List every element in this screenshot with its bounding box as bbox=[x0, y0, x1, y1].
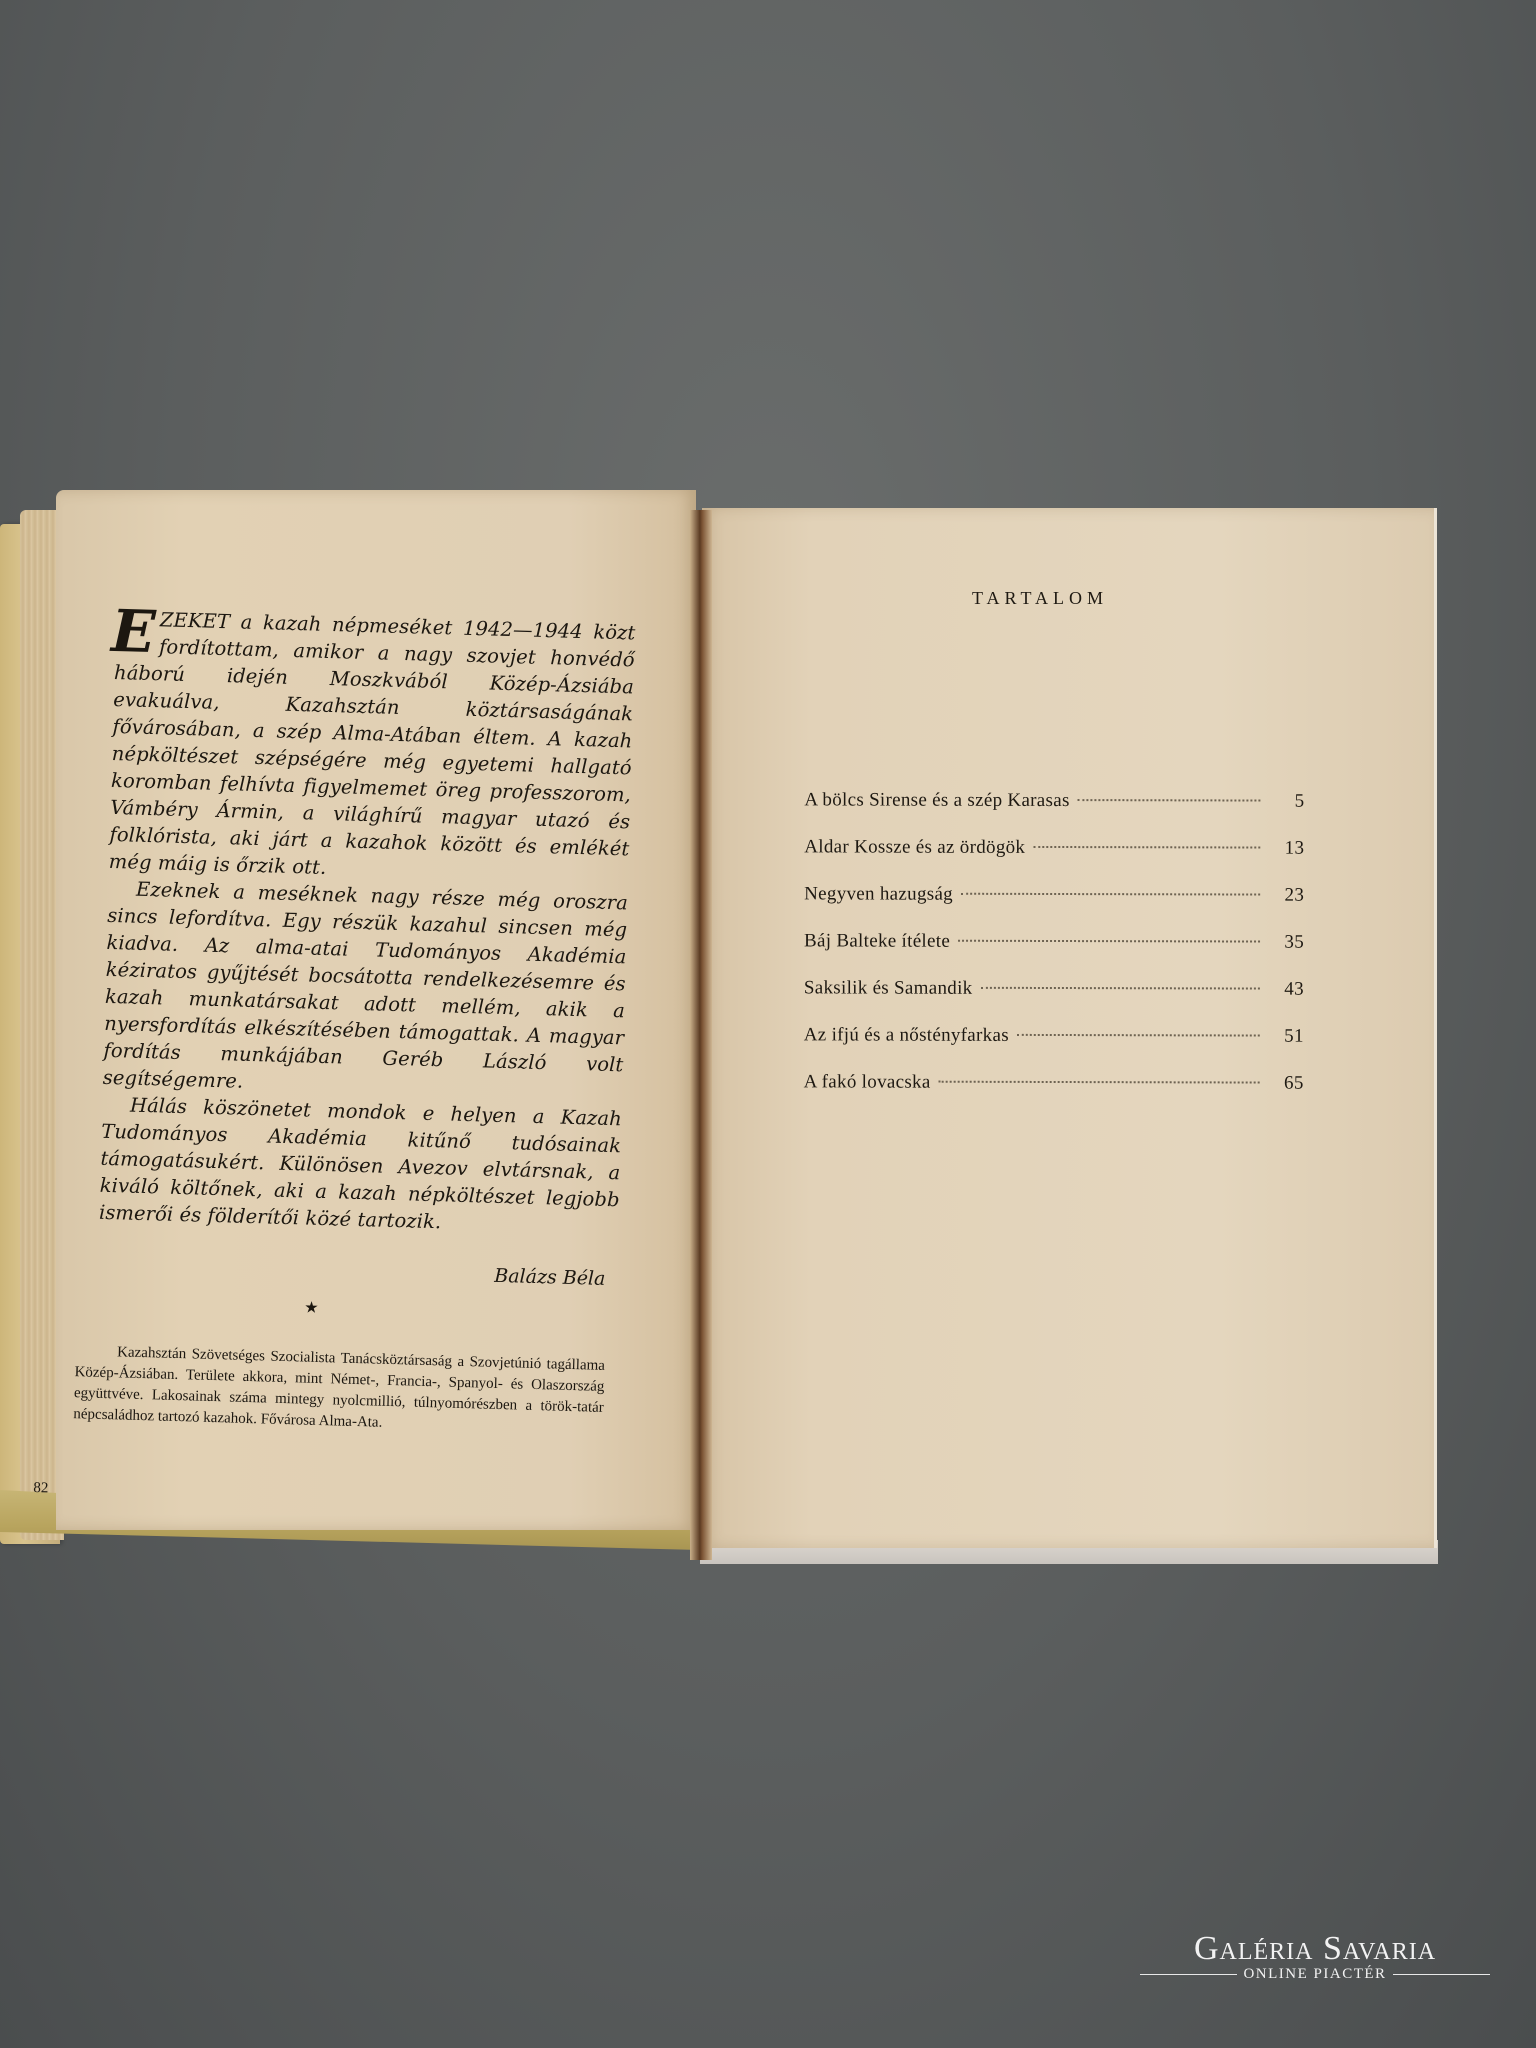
star-separator-icon: ★ bbox=[96, 1292, 616, 1327]
toc-entry-page: 51 bbox=[1274, 1026, 1304, 1048]
watermark-brand: Galéria Savaria bbox=[1140, 1930, 1490, 1968]
watermark-rule-right bbox=[1393, 1974, 1490, 1975]
watermark-rule-left bbox=[1140, 1974, 1237, 1975]
toc-entry-title: Saksilik és Samandik bbox=[804, 977, 973, 999]
toc-entry-page: 13 bbox=[1274, 838, 1304, 860]
toc-entry-title: Báj Balteke ítélete bbox=[804, 930, 950, 952]
dot-leader bbox=[1078, 799, 1261, 801]
left-page-content: EZEKET a kazah népmeséket 1942—1944 közt… bbox=[91, 605, 636, 1513]
watermark-subtitle: ONLINE PIACTÉR bbox=[1237, 1966, 1392, 1983]
dot-leader bbox=[980, 987, 1259, 990]
footnote-text: Kazahsztán Szövetséges Szocialista Tanác… bbox=[73, 1341, 605, 1440]
toc-entry-page: 5 bbox=[1274, 791, 1304, 813]
galeria-savaria-watermark: Galéria Savaria ONLINE PIACTÉR bbox=[1140, 1930, 1490, 1983]
author-signature: Balázs Béla bbox=[97, 1254, 617, 1291]
toc-entry: Negyven hazugság 23 bbox=[804, 883, 1304, 931]
toc-entry-title: A bölcs Sirense és a szép Karasas bbox=[804, 789, 1069, 812]
preface-paragraph: Ezeknek a meséknek nagy része még oroszr… bbox=[102, 875, 628, 1105]
dot-leader bbox=[1017, 1034, 1260, 1037]
toc-entry: Saksilik és Samandik 43 bbox=[804, 977, 1304, 1025]
toc-entry-page: 23 bbox=[1274, 885, 1304, 907]
toc-title: TARTALOM bbox=[972, 588, 1108, 609]
toc-entry: A fakó lovacska 65 bbox=[804, 1071, 1304, 1119]
toc-entry: Az ifjú és a nőstényfarkas 51 bbox=[804, 1024, 1304, 1072]
toc-entry-title: A fakó lovacska bbox=[804, 1071, 931, 1093]
table-of-contents: A bölcs Sirense és a szép Karasas 5 Alda… bbox=[804, 789, 1305, 1119]
toc-entry-title: Az ifjú és a nőstényfarkas bbox=[804, 1024, 1009, 1047]
watermark-subtitle-row: ONLINE PIACTÉR bbox=[1140, 1966, 1490, 1983]
preface-text: ZEKET a kazah népmeséket 1942—1944 közt … bbox=[109, 608, 636, 879]
toc-entry: Báj Balteke ítélete 35 bbox=[804, 930, 1304, 978]
watermark-brand-first: Galéria bbox=[1194, 1930, 1314, 1967]
watermark-brand-second: Savaria bbox=[1323, 1930, 1436, 1967]
dot-leader bbox=[958, 940, 1260, 943]
dot-leader bbox=[939, 1081, 1260, 1084]
toc-entry: Aldar Kossze és az ördögök 13 bbox=[804, 836, 1304, 884]
toc-entry: A bölcs Sirense és a szép Karasas 5 bbox=[804, 789, 1304, 837]
toc-entry-page: 65 bbox=[1274, 1073, 1304, 1095]
footnote: Kazahsztán Szövetséges Szocialista Tanác… bbox=[73, 1341, 605, 1440]
drop-cap: E bbox=[111, 607, 157, 656]
toc-entry-title: Negyven hazugság bbox=[804, 883, 953, 905]
dot-leader bbox=[1033, 846, 1260, 849]
toc-entry-page: 35 bbox=[1274, 932, 1304, 954]
book-spine-gutter bbox=[690, 510, 712, 1560]
preface-paragraph: EZEKET a kazah népmeséket 1942—1944 közt… bbox=[108, 605, 635, 889]
preface-paragraph: Hálás köszönetet mondok e helyen a Kazah… bbox=[99, 1091, 623, 1240]
preface: EZEKET a kazah népmeséket 1942—1944 közt… bbox=[99, 605, 636, 1240]
toc-entry-page: 43 bbox=[1274, 979, 1304, 1001]
toc-entry-title: Aldar Kossze és az ördögök bbox=[804, 836, 1025, 859]
dot-leader bbox=[961, 893, 1260, 896]
